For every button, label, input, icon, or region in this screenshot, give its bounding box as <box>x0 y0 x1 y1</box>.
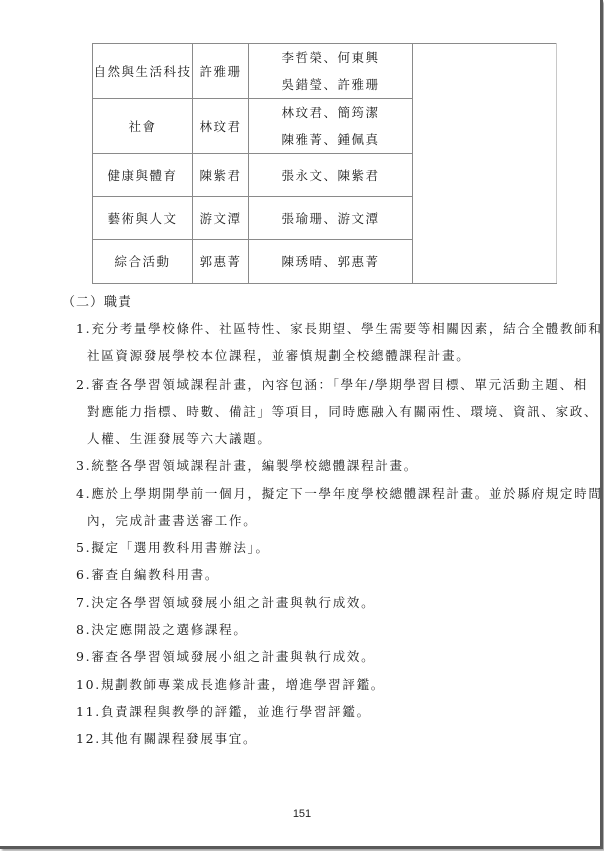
members-line: 李哲榮、何東興 <box>249 44 412 71</box>
list-item: 4.應於上學期開學前一個月，擬定下一學年度學校總體課程計畫。並於縣府規定時間 <box>76 484 603 502</box>
list-item: 5.擬定「選用教科用書辦法」。 <box>76 538 270 556</box>
convener-cell: 游文潭 <box>193 197 249 240</box>
list-item-continuation: 內，完成計畫書送審工作。 <box>87 511 257 529</box>
section-heading: （二）職責 <box>62 291 132 310</box>
members-cell: 李哲榮、何東興 吳錯瑩、許雅珊 <box>249 44 413 99</box>
members-cell: 張永文、陳紫君 <box>249 154 413 197</box>
members-line: 林玟君、簡筠潔 <box>249 99 412 126</box>
convener-cell: 林玟君 <box>193 99 249 154</box>
list-item: 2.審查各學習領域課程計畫，內容包涵：「學年/學期學習目標、單元活動主題、相 <box>76 375 588 393</box>
list-item: 8.決定應開設之選修課程。 <box>76 620 248 638</box>
domain-cell: 綜合活動 <box>93 240 193 284</box>
members-line: 吳錯瑩、許雅珊 <box>249 71 412 98</box>
list-item: 6.審查自編教科用書。 <box>76 565 219 583</box>
members-line: 陳雅菁、鍾佩真 <box>249 126 412 153</box>
domain-cell: 健康與體育 <box>93 154 193 197</box>
list-item-continuation: 人權、生涯發展等六大議題。 <box>87 429 272 447</box>
document-page: 自然與生活科技 許雅珊 李哲榮、何東興 吳錯瑩、許雅珊 社會 林玟君 林玟君、簡… <box>0 0 603 849</box>
domain-cell: 自然與生活科技 <box>93 44 193 99</box>
members-cell: 陳琇晴、郭惠菁 <box>249 240 413 284</box>
members-cell: 張瑜珊、游文潭 <box>249 197 413 240</box>
convener-cell: 許雅珊 <box>193 44 249 99</box>
list-item: 12.其他有關課程發展事宜。 <box>76 729 257 747</box>
members-cell: 林玟君、簡筠潔 陳雅菁、鍾佩真 <box>249 99 413 154</box>
convener-cell: 郭惠菁 <box>193 240 249 284</box>
list-item: 9.審查各學習領域發展小組之計畫與執行成效。 <box>76 647 375 665</box>
list-item: 1.充分考量學校條件、社區特性、家長期望、學生需要等相關因素，結合全體教師和 <box>76 319 603 337</box>
page-number: 151 <box>0 808 604 820</box>
committee-table: 自然與生活科技 許雅珊 李哲榮、何東興 吳錯瑩、許雅珊 社會 林玟君 林玟君、簡… <box>92 43 557 284</box>
list-item: 3.統整各學習領域課程計畫，編製學校總體課程計畫。 <box>76 456 418 474</box>
table-row: 自然與生活科技 許雅珊 李哲榮、何東興 吳錯瑩、許雅珊 <box>93 44 557 99</box>
list-item-continuation: 社區資源發展學校本位課程，並審慎規劃全校總體課程計畫。 <box>87 346 470 364</box>
list-item: 11.負責課程與教學的評鑑，並進行學習評鑑。 <box>76 702 371 720</box>
list-item: 10.規劃教師專業成長進修計畫，增進學習評鑑。 <box>76 675 385 693</box>
list-item: 7.決定各學習領域發展小組之計畫與執行成效。 <box>76 593 375 611</box>
notes-cell <box>413 44 557 284</box>
convener-cell: 陳紫君 <box>193 154 249 197</box>
list-item-continuation: 對應能力指標、時數、備註」等項目，同時應融入有關兩性、環境、資訊、家政、 <box>87 402 598 420</box>
domain-cell: 藝術與人文 <box>93 197 193 240</box>
domain-cell: 社會 <box>93 99 193 154</box>
